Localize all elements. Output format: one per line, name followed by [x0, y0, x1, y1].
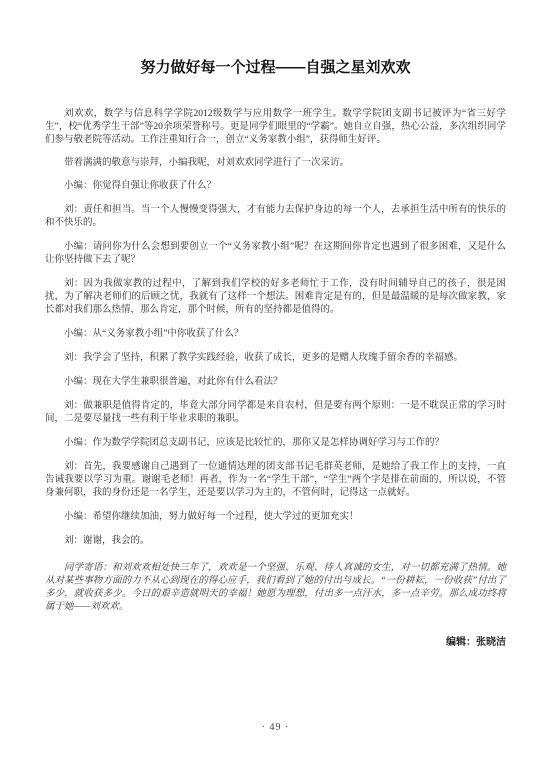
dialogue-answer-6: 刘：谢谢，我会的。	[45, 535, 506, 548]
dialogue-question-3: 小编：从“义务家教小组”中你收获了什么？	[45, 328, 506, 341]
page-number: · 49 ·	[0, 721, 551, 734]
dialogue-question-1: 小编：你觉得自强让你收获了什么？	[45, 180, 506, 193]
dialogue-question-5: 小编：作为数学学院团总支副书记，应该是比较忙的，那你又是怎样协调好学习与工作的？	[45, 437, 506, 450]
article-title: 努力做好每一个过程——自强之星刘欢欢	[45, 58, 506, 78]
editor-credit: 编辑：张晓洁	[45, 636, 506, 649]
interview-section: 小编：你觉得自强让你收获了什么？ 刘：责任和担当。当一个人慢慢变得强大，才有能力…	[45, 180, 506, 548]
classmates-message: 同学寄语：和刘欢欢相处快三年了，欢欢是一个坚强、乐观、待人真诚的女生，对一切都充…	[45, 562, 506, 614]
intro-paragraph-2: 带着满满的敬意与崇拜，小编我呢，对刘欢欢同学进行了一次采访。	[45, 157, 506, 170]
dialogue-question-6: 小编：希望你继续加油，努力做好每一个过程，使大学过的更加充实！	[45, 511, 506, 524]
intro-section: 刘欢欢，数学与信息科学学院2012级数学与应用数学一班学生。数学学院团支副书记被…	[45, 108, 506, 170]
dialogue-answer-2: 刘：因为我做家教的过程中，了解到我们学校的好多老师忙于工作，没有时间辅导自己的孩…	[45, 278, 506, 317]
dialogue-answer-3: 刘：我学会了坚持，积累了教学实践经验，收获了成长，更多的是赠人玫瑰手留余香的幸福…	[45, 352, 506, 365]
dialogue-answer-1: 刘：责任和担当。当一个人慢慢变得强大，才有能力去保护身边的每一个人，去承担生活中…	[45, 204, 506, 230]
dialogue-question-2: 小编：请问你为什么会想到要创立一个“义务家教小组”呢？在这期间你肯定也遇到了很多…	[45, 241, 506, 267]
intro-paragraph-1: 刘欢欢，数学与信息科学学院2012级数学与应用数学一班学生。数学学院团支副书记被…	[45, 108, 506, 147]
dialogue-question-4: 小编：现在大学生兼职很普遍，对此你有什么看法？	[45, 376, 506, 389]
dialogue-answer-4: 刘：做兼职是值得肯定的，毕竟大部分同学都是来自农村，但是要有两个原则：一是不耽误…	[45, 400, 506, 426]
dialogue-answer-5: 刘：首先，我要感谢自己遇到了一位通情达理的团支部书记毛群英老师，是她给了我工作上…	[45, 461, 506, 500]
document-page: 努力做好每一个过程——自强之星刘欢欢 刘欢欢，数学与信息科学学院2012级数学与…	[0, 0, 551, 768]
